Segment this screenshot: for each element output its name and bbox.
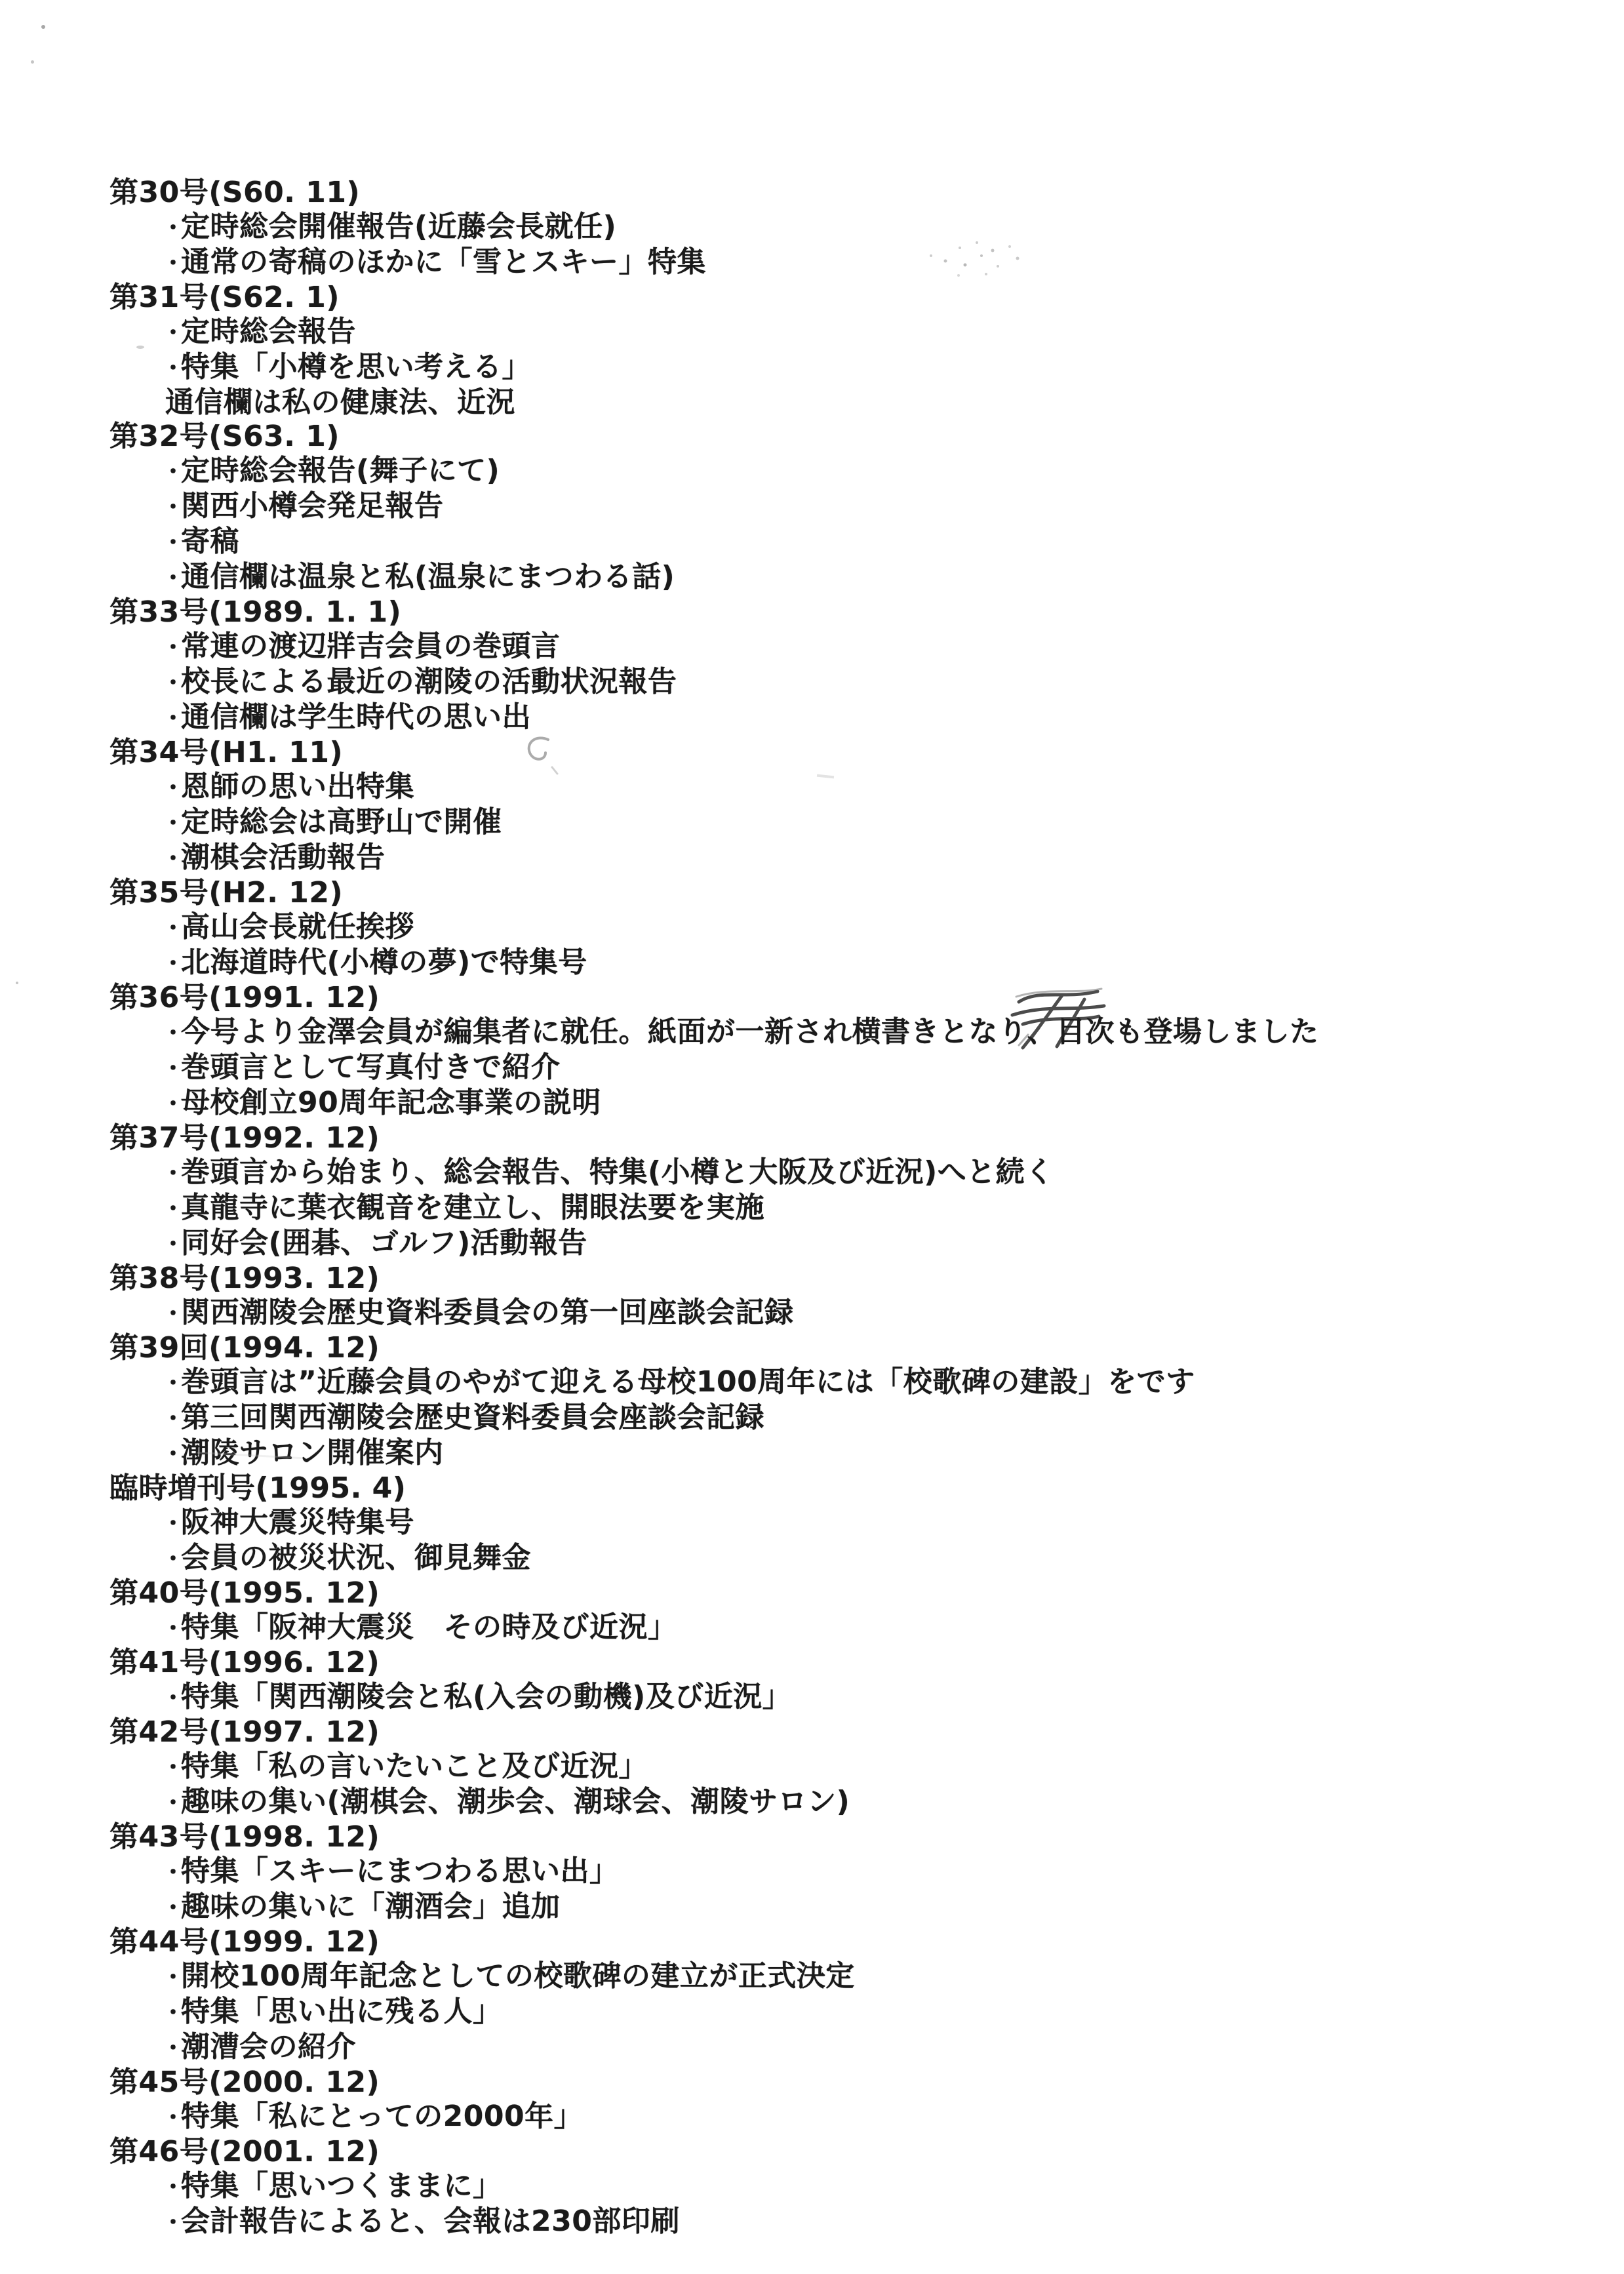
issue-item: ・会員の被災状況、御見舞金: [162, 1541, 1624, 1576]
issue-item-text: 校長による最近の潮陵の活動状況報告: [181, 665, 677, 698]
issue-item: 通信欄は私の健康法、近況: [165, 386, 1624, 420]
issue-item: ・関西潮陵会歴史資料委員会の第一回座談会記録: [162, 1296, 1624, 1331]
bullet-icon: ・: [162, 1192, 181, 1226]
issue-item: ・特集「関西潮陵会と私(入会の動機)及び近況」: [162, 1680, 1624, 1715]
issue-header: 第44号(1999. 12): [109, 1925, 1624, 1959]
bullet-icon: ・: [162, 211, 181, 245]
bullet-icon: ・: [162, 1612, 181, 1646]
bullet-icon: ・: [162, 1402, 181, 1436]
bullet-icon: ・: [162, 316, 181, 350]
issue-header: 第31号(S62. 1): [109, 281, 1624, 315]
issue-item-text: 通信欄は学生時代の思い出: [181, 700, 531, 734]
issue-item-text: 巻頭言は”近藤会員のやがて迎える母校100周年には「校歌碑の建設」をです: [181, 1365, 1195, 1399]
bullet-icon: ・: [162, 1681, 181, 1715]
issue-header: 第43号(1998. 12): [109, 1820, 1624, 1854]
issue-item-text: 特集「関西潮陵会と私(入会の動機)及び近況」: [181, 1680, 791, 1713]
issue-item: ・定時総会は高野山で開催: [162, 805, 1624, 841]
bullet-icon: ・: [162, 947, 181, 981]
issue-item-text: 特集「小樽を思い考える」: [181, 350, 531, 384]
issue-item: ・趣味の集いに「潮酒会」追加: [162, 1890, 1624, 1925]
scan-speck: [16, 982, 18, 984]
issue-item-text: 巻頭言として写真付きで紹介: [181, 1050, 561, 1084]
issue-item-text: 特集「思いつくままに」: [181, 2169, 502, 2203]
bullet-icon: ・: [162, 1786, 181, 1820]
issue-item: ・巻頭言として写真付きで紹介: [162, 1050, 1624, 1086]
issue-item-text: 同好会(囲碁、ゴルフ)活動報告: [181, 1226, 587, 1260]
bullet-icon: ・: [162, 1856, 181, 1890]
bullet-icon: ・: [162, 1087, 181, 1121]
ink-scribble-over-mokuji: [999, 982, 1117, 1054]
issue-item-text: 定時総会開催報告(近藤会長就任): [181, 210, 616, 243]
issue-item: ・巻頭言から始まり、総会報告、特集(小樽と大阪及び近況)へと続く: [162, 1155, 1624, 1191]
issue-item-text: 特集「思い出に残る人」: [181, 1995, 502, 2028]
bullet-icon: ・: [162, 1366, 181, 1401]
issue-item-text: 定時総会報告(舞子にて): [181, 454, 500, 487]
bullet-icon: ・: [162, 455, 181, 489]
issue-item-text: 巻頭言から始まり、総会報告、特集(小樽と大阪及び近況)へと続く: [181, 1155, 1054, 1189]
issue-header: 第39回(1994. 12): [109, 1331, 1624, 1365]
bullet-icon: ・: [162, 1157, 181, 1191]
issue-header: 第42号(1997. 12): [109, 1715, 1624, 1749]
bullet-icon: ・: [162, 1961, 181, 1995]
bullet-icon: ・: [162, 1016, 181, 1050]
issue-header: 第40号(1995. 12): [109, 1576, 1624, 1610]
bullet-icon: ・: [162, 1507, 181, 1541]
issue-item-text: 真龍寺に葉衣観音を建立し、開眼法要を実施: [181, 1191, 764, 1224]
bullet-icon: ・: [162, 2101, 181, 2135]
issue-item-text: 趣味の集い(潮棋会、潮歩会、潮球会、潮陵サロン): [181, 1785, 850, 1818]
issue-item: ・特集「スキーにまつわる思い出」: [162, 1854, 1624, 1890]
issue-list: 第30号(S60. 11)・定時総会開催報告(近藤会長就任)・通常の寄稿のほかに…: [0, 176, 1624, 2240]
bullet-icon: ・: [162, 1437, 181, 1471]
issue-item: ・通信欄は温泉と私(温泉にまつわる話): [162, 560, 1624, 595]
bullet-icon: ・: [162, 631, 181, 665]
issue-item: ・定時総会報告(舞子にて): [162, 454, 1624, 489]
issue-item-text: 特集「スキーにまつわる思い出」: [181, 1854, 619, 1888]
issue-item: ・恩師の思い出特集: [162, 770, 1624, 805]
issue-item: ・会計報告によると、会報は230部印刷: [162, 2204, 1624, 2240]
issue-item-text: 特集「私の言いたいこと及び近況」: [181, 1749, 648, 1783]
issue-item: ・巻頭言は”近藤会員のやがて迎える母校100周年には「校歌碑の建設」をです: [162, 1365, 1624, 1401]
pencil-curl-mark: [519, 733, 565, 782]
issue-header: 第38号(1993. 12): [109, 1262, 1624, 1296]
issue-header: 第45号(2000. 12): [109, 2065, 1624, 2100]
issue-item-text: 高山会長就任挨拶: [181, 910, 414, 944]
issue-item-text: 恩師の思い出特集: [181, 770, 414, 803]
issue-item-text: 通常の寄稿のほかに「雪とスキー」特集: [181, 245, 706, 279]
bullet-icon: ・: [162, 842, 181, 876]
issue-item: ・母校創立90周年記念事業の説明: [162, 1086, 1624, 1121]
bullet-icon: ・: [162, 1996, 181, 2030]
issue-header: 第34号(H1. 11): [109, 736, 1624, 770]
issue-item-text: 趣味の集いに「潮酒会」追加: [181, 1890, 561, 1923]
issue-item: ・同好会(囲碁、ゴルフ)活動報告: [162, 1226, 1624, 1262]
issue-item: ・趣味の集い(潮棋会、潮歩会、潮球会、潮陵サロン): [162, 1785, 1624, 1820]
scanned-document-page: 第30号(S60. 11)・定時総会開催報告(近藤会長就任)・通常の寄稿のほかに…: [0, 0, 1624, 2274]
issue-header: 第41号(1996. 12): [109, 1646, 1624, 1680]
bullet-icon: ・: [162, 1891, 181, 1925]
issue-item: ・潮陵サロン開催案内: [162, 1436, 1624, 1471]
bullet-icon: ・: [162, 666, 181, 700]
issue-item: ・第三回関西潮陵会歴史資料委員会座談会記録: [162, 1401, 1624, 1436]
issue-header: 第30号(S60. 11): [109, 176, 1624, 210]
bullet-icon: ・: [162, 1227, 181, 1262]
issue-item: ・阪神大震災特集号: [162, 1506, 1624, 1541]
issue-item: ・寄稿: [162, 525, 1624, 560]
scan-speck: [41, 25, 45, 29]
issue-item-text: 特集「私にとっての2000年」: [181, 2100, 583, 2133]
issue-item-text: 母校創立90周年記念事業の説明: [181, 1086, 601, 1119]
issue-item-text: 通信欄は私の健康法、近況: [165, 386, 515, 419]
scan-speck: [136, 346, 144, 349]
issue-item-text: 会計報告によると、会報は230部印刷: [181, 2204, 680, 2238]
bullet-icon: ・: [162, 1542, 181, 1576]
issue-header: 第36号(1991. 12): [109, 981, 1624, 1015]
bullet-icon: ・: [162, 2031, 181, 2065]
issue-header: 第33号(1989. 1. 1): [109, 595, 1624, 629]
bullet-icon: ・: [162, 911, 181, 946]
issue-item-text: 潮棋会活動報告: [181, 841, 386, 874]
issue-header: 臨時増刊号(1995. 4): [109, 1471, 1624, 1506]
issue-header: 第37号(1992. 12): [109, 1121, 1624, 1155]
issue-header: 第46号(2001. 12): [109, 2135, 1624, 2169]
issue-item-text: 第三回関西潮陵会歴史資料委員会座談会記録: [181, 1401, 764, 1434]
bullet-icon: ・: [162, 1751, 181, 1785]
bullet-icon: ・: [162, 702, 181, 736]
issue-item: ・通信欄は学生時代の思い出: [162, 700, 1624, 736]
issue-item: ・校長による最近の潮陵の活動状況報告: [162, 665, 1624, 700]
issue-item: ・北海道時代(小樽の夢)で特集号: [162, 946, 1624, 981]
issue-header: 第35号(H2. 12): [109, 876, 1624, 910]
issue-item-text: 通信欄は温泉と私(温泉にまつわる話): [181, 560, 675, 593]
issue-item: ・潮漕会の紹介: [162, 2030, 1624, 2065]
issue-item: ・常連の渡辺牂吉会員の巻頭言: [162, 629, 1624, 665]
issue-item-text: 開校100周年記念としての校歌碑の建立が正式決定: [181, 1959, 855, 1993]
issue-item: ・高山会長就任挨拶: [162, 910, 1624, 946]
issue-item: ・特集「思い出に残る人」: [162, 1995, 1624, 2030]
bullet-icon: ・: [162, 526, 181, 560]
bullet-icon: ・: [162, 2206, 181, 2240]
bullet-icon: ・: [162, 1297, 181, 1331]
issue-item-text: 北海道時代(小樽の夢)で特集号: [181, 946, 587, 979]
issue-item-text: 潮漕会の紹介: [181, 2030, 356, 2064]
issue-item-text: 特集「阪神大震災 その時及び近況」: [181, 1610, 677, 1644]
bullet-icon: ・: [162, 807, 181, 841]
bullet-icon: ・: [162, 351, 181, 386]
issue-item-text: 関西小樽会発足報告: [181, 489, 444, 523]
issue-item: ・通常の寄稿のほかに「雪とスキー」特集: [162, 245, 1624, 281]
issue-item: ・特集「小樽を思い考える」: [162, 350, 1624, 386]
bullet-icon: ・: [162, 490, 181, 525]
issue-item-text: 阪神大震災特集号: [181, 1506, 414, 1539]
speckle-cluster: [919, 228, 1031, 287]
issue-item-text: 定時総会は高野山で開催: [181, 805, 502, 839]
issue-item: ・特集「阪神大震災 その時及び近況」: [162, 1610, 1624, 1646]
issue-item: ・真龍寺に葉衣観音を建立し、開眼法要を実施: [162, 1191, 1624, 1226]
issue-item-text: 寄稿: [181, 525, 239, 558]
scan-speck: [31, 60, 34, 64]
issue-header: 第32号(S63. 1): [109, 420, 1624, 454]
issue-item: ・定時総会報告: [162, 315, 1624, 350]
issue-item-text: 常連の渡辺牂吉会員の巻頭言: [181, 629, 561, 663]
issue-item: ・特集「私にとっての2000年」: [162, 2100, 1624, 2135]
issue-item: ・今号より金澤会員が編集者に就任。紙面が一新され横書きとなり、目次も登場しました: [162, 1015, 1624, 1050]
issue-item-text: 今号より金澤会員が編集者に就任。紙面が一新され横書きとなり、目次も登場しました: [181, 1015, 1319, 1048]
issue-item: ・特集「私の言いたいこと及び近況」: [162, 1749, 1624, 1785]
issue-item-text: 会員の被災状況、御見舞金: [181, 1541, 531, 1574]
bullet-icon: ・: [162, 247, 181, 281]
bullet-icon: ・: [162, 1052, 181, 1086]
bullet-icon: ・: [162, 561, 181, 595]
issue-item: ・定時総会開催報告(近藤会長就任): [162, 210, 1624, 245]
issue-item: ・関西小樽会発足報告: [162, 489, 1624, 525]
issue-item: ・特集「思いつくままに」: [162, 2169, 1624, 2204]
issue-item: ・開校100周年記念としての校歌碑の建立が正式決定: [162, 1959, 1624, 1995]
issue-item: ・潮棋会活動報告: [162, 841, 1624, 876]
bullet-icon: ・: [162, 771, 181, 805]
issue-item-text: 関西潮陵会歴史資料委員会の第一回座談会記録: [181, 1296, 794, 1329]
issue-item-text: 定時総会報告: [181, 315, 356, 348]
bullet-icon: ・: [162, 2170, 181, 2204]
